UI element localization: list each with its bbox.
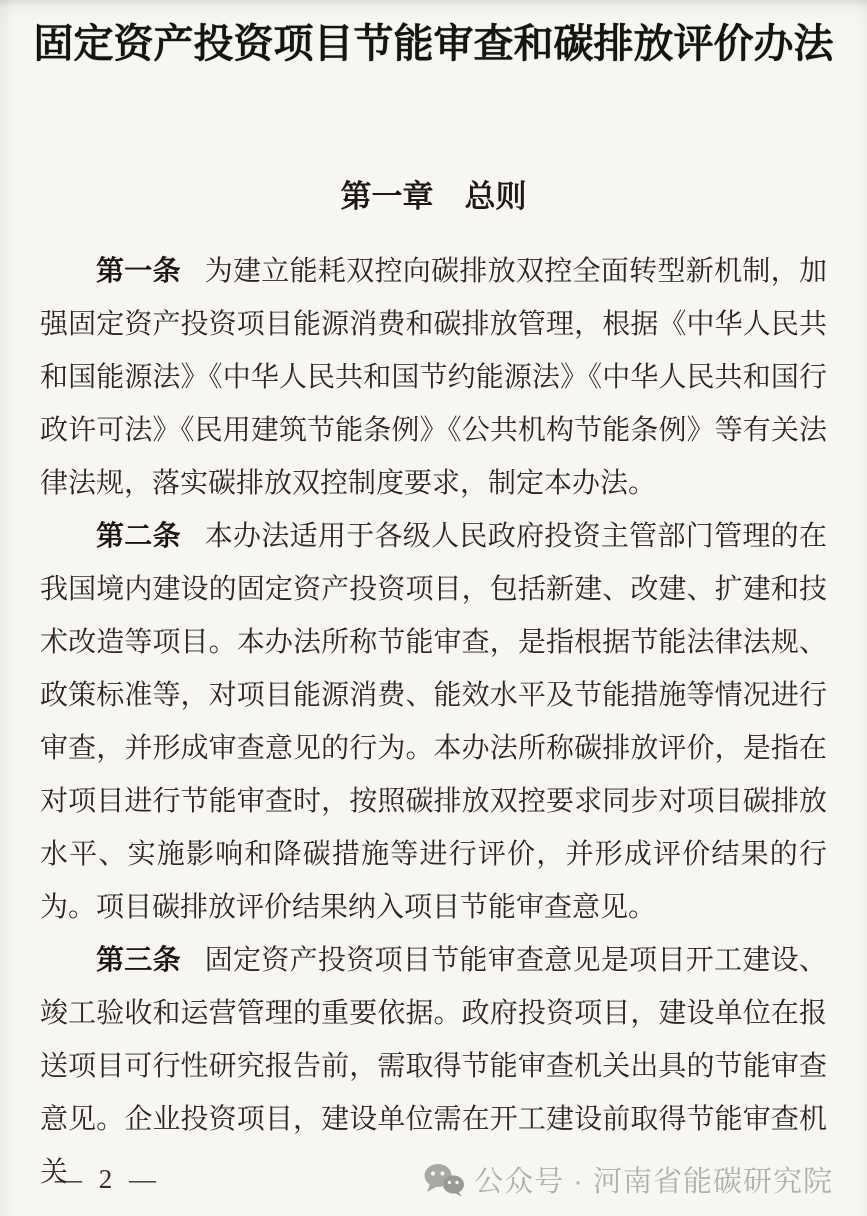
article-3-label: 第三条 [96,945,181,976]
document-page: 固定资产投资项目节能审查和碳排放评价办法 第一章总则 第一条为建立能耗双控向碳排… [0,0,867,1216]
article-3-text: 固定资产投资项目节能审查意见是项目开工建设、竣工验收和运营管理的重要依据。政府投… [40,945,827,1188]
chapter-title: 总则 [465,179,527,214]
document-title: 固定资产投资项目节能审查和碳排放评价办法 [30,20,837,68]
page-number: — 2 — [55,1164,161,1195]
document-body: 第一条为建立能耗双控向碳排放双控全面转型新机制，加强固定资产投资项目能源消费和碳… [0,245,867,1199]
chapter-number: 第一章 [341,179,434,214]
wechat-icon [423,1163,465,1197]
article-1-label: 第一条 [96,256,181,287]
article-2-text: 本办法适用于各级人民政府投资主管部门管理的在我国境内建设的固定资产投资项目，包括… [40,521,827,923]
article-1-text: 为建立能耗双控向碳排放双控全面转型新机制，加强固定资产投资项目能源消费和碳排放管… [40,256,827,499]
article-1: 第一条为建立能耗双控向碳排放双控全面转型新机制，加强固定资产投资项目能源消费和碳… [0,245,867,510]
watermark: 公众号 · 河南省能碳研究院 [423,1159,833,1200]
article-2: 第二条本办法适用于各级人民政府投资主管部门管理的在我国境内建设的固定资产投资项目… [0,510,867,934]
page-footer: — 2 — 公众号 · 河南省能碳研究院 [0,1159,867,1200]
watermark-text: 公众号 · 河南省能碳研究院 [474,1159,833,1200]
chapter-heading: 第一章总则 [40,180,827,214]
article-2-label: 第二条 [96,521,181,552]
